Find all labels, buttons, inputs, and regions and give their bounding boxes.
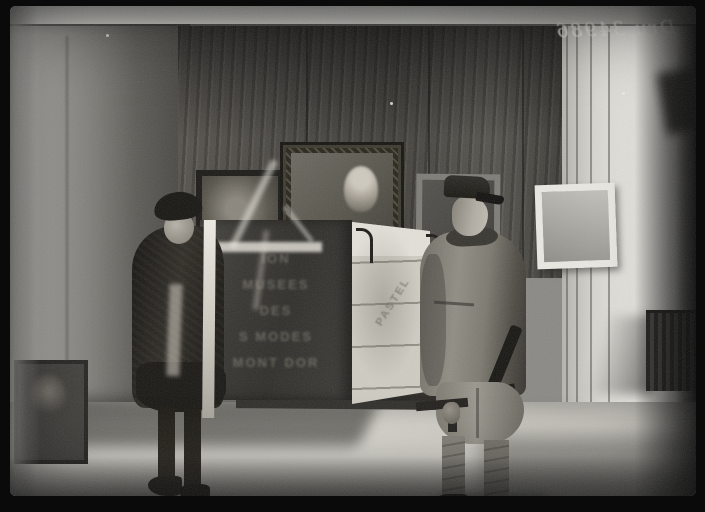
- man-puttee: [484, 440, 509, 496]
- boy-boot: [148, 476, 182, 496]
- man-puttee: [442, 436, 465, 496]
- small-white-frame: [535, 183, 618, 270]
- man-face-profile: [452, 196, 488, 236]
- dust-speck: [622, 92, 625, 95]
- glass-plate-photograph: ION MUSEES DES S MODES MONT DOR PASTEL: [0, 0, 705, 512]
- crate-side-stencil: PASTEL: [369, 269, 416, 335]
- man-breeches-crease: [476, 388, 479, 438]
- right-floor-shadow: [480, 436, 696, 496]
- portrait-face: [344, 166, 378, 212]
- boy-boot: [180, 484, 210, 496]
- man-sleeve-shading: [420, 254, 446, 386]
- light-leak: [10, 6, 40, 496]
- man-boot: [436, 494, 468, 496]
- radiator-shadow: [588, 316, 654, 394]
- crate-corner-post: [202, 220, 216, 418]
- sledge-ledge: [236, 399, 436, 410]
- dust-speck: [106, 34, 109, 37]
- radiator: [646, 310, 696, 391]
- panel-joint: [522, 28, 524, 276]
- left-wall-seam: [66, 36, 68, 396]
- boy-leg: [184, 406, 201, 488]
- photo-frame: ION MUSEES DES S MODES MONT DOR PASTEL: [10, 6, 696, 496]
- dust-speck: [390, 102, 393, 105]
- man-hand: [442, 402, 460, 424]
- plate-inscription-mirrored: Dru 34986: [549, 16, 680, 55]
- boy-leg: [158, 404, 175, 484]
- crate-hook: [356, 228, 373, 263]
